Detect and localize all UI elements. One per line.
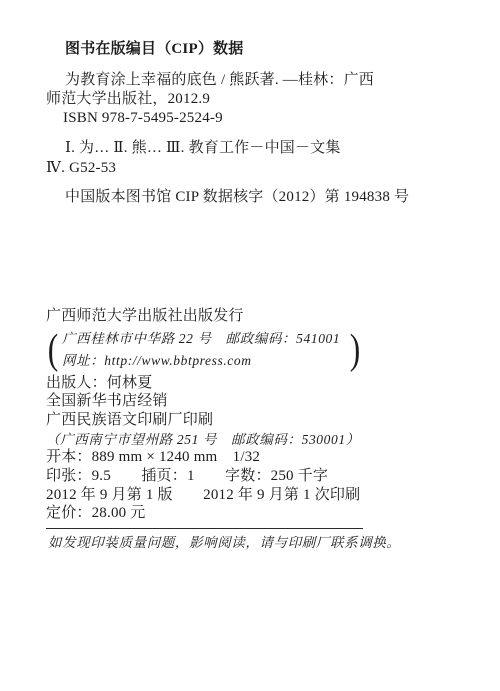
publisher-website: 网址：http://www.bbtpress.com [62, 350, 340, 372]
paren-close-glyph: ) [350, 326, 361, 374]
cip-entry-line2: 师范大学出版社，2012.9 [46, 90, 210, 109]
cip-record-number: 中国版本图书馆 CIP 数据核字（2012）第 194838 号 [65, 188, 409, 207]
cip-heading: 图书在版编目（CIP）数据 [65, 40, 243, 59]
quality-notice: 如发现印装质量问题，影响阅读，请与印刷厂联系调换。 [48, 533, 401, 552]
copyright-page: 图书在版编目（CIP）数据 为教育涂上幸福的底色 / 熊跃著. —桂林：广西 师… [0, 0, 500, 691]
isbn-line: ISBN 978-7-5495-2524-9 [63, 109, 223, 128]
footer-divider [46, 528, 363, 529]
classification-line2: Ⅳ. G52-53 [46, 159, 116, 178]
cip-entry-line1: 为教育涂上幸福的底色 / 熊跃著. —桂林：广西 [65, 71, 374, 90]
paren-open-glyph: ( [48, 326, 59, 374]
publisher-address-block: ( 广西桂林市中华路 22 号 邮政编码：541001 网址：http://ww… [46, 326, 362, 374]
publisher-address: 广西桂林市中华路 22 号 邮政编码：541001 [62, 328, 340, 350]
printer-line: 广西民族语文印刷厂印刷 [46, 411, 213, 430]
printer-address-line: （广西南宁市望州路 251 号 邮政编码：530001） [46, 430, 360, 449]
publisher-line: 广西师范大学出版社出版发行 [46, 307, 244, 326]
print-sheets-line: 印张：9.5 插页：1 字数：250 千字 [46, 467, 328, 486]
format-line: 开本：889 mm × 1240 mm 1/32 [46, 448, 260, 467]
price-line: 定价：28.00 元 [46, 504, 146, 523]
classification-line1: Ⅰ. 为… Ⅱ. 熊… Ⅲ. 教育工作－中国－文集 [65, 139, 341, 158]
distributor-line: 全国新华书店经销 [46, 392, 168, 411]
publisher-person-line: 出版人：何林夏 [46, 374, 152, 393]
edition-line: 2012 年 9 月第 1 版 2012 年 9 月第 1 次印刷 [46, 486, 360, 505]
